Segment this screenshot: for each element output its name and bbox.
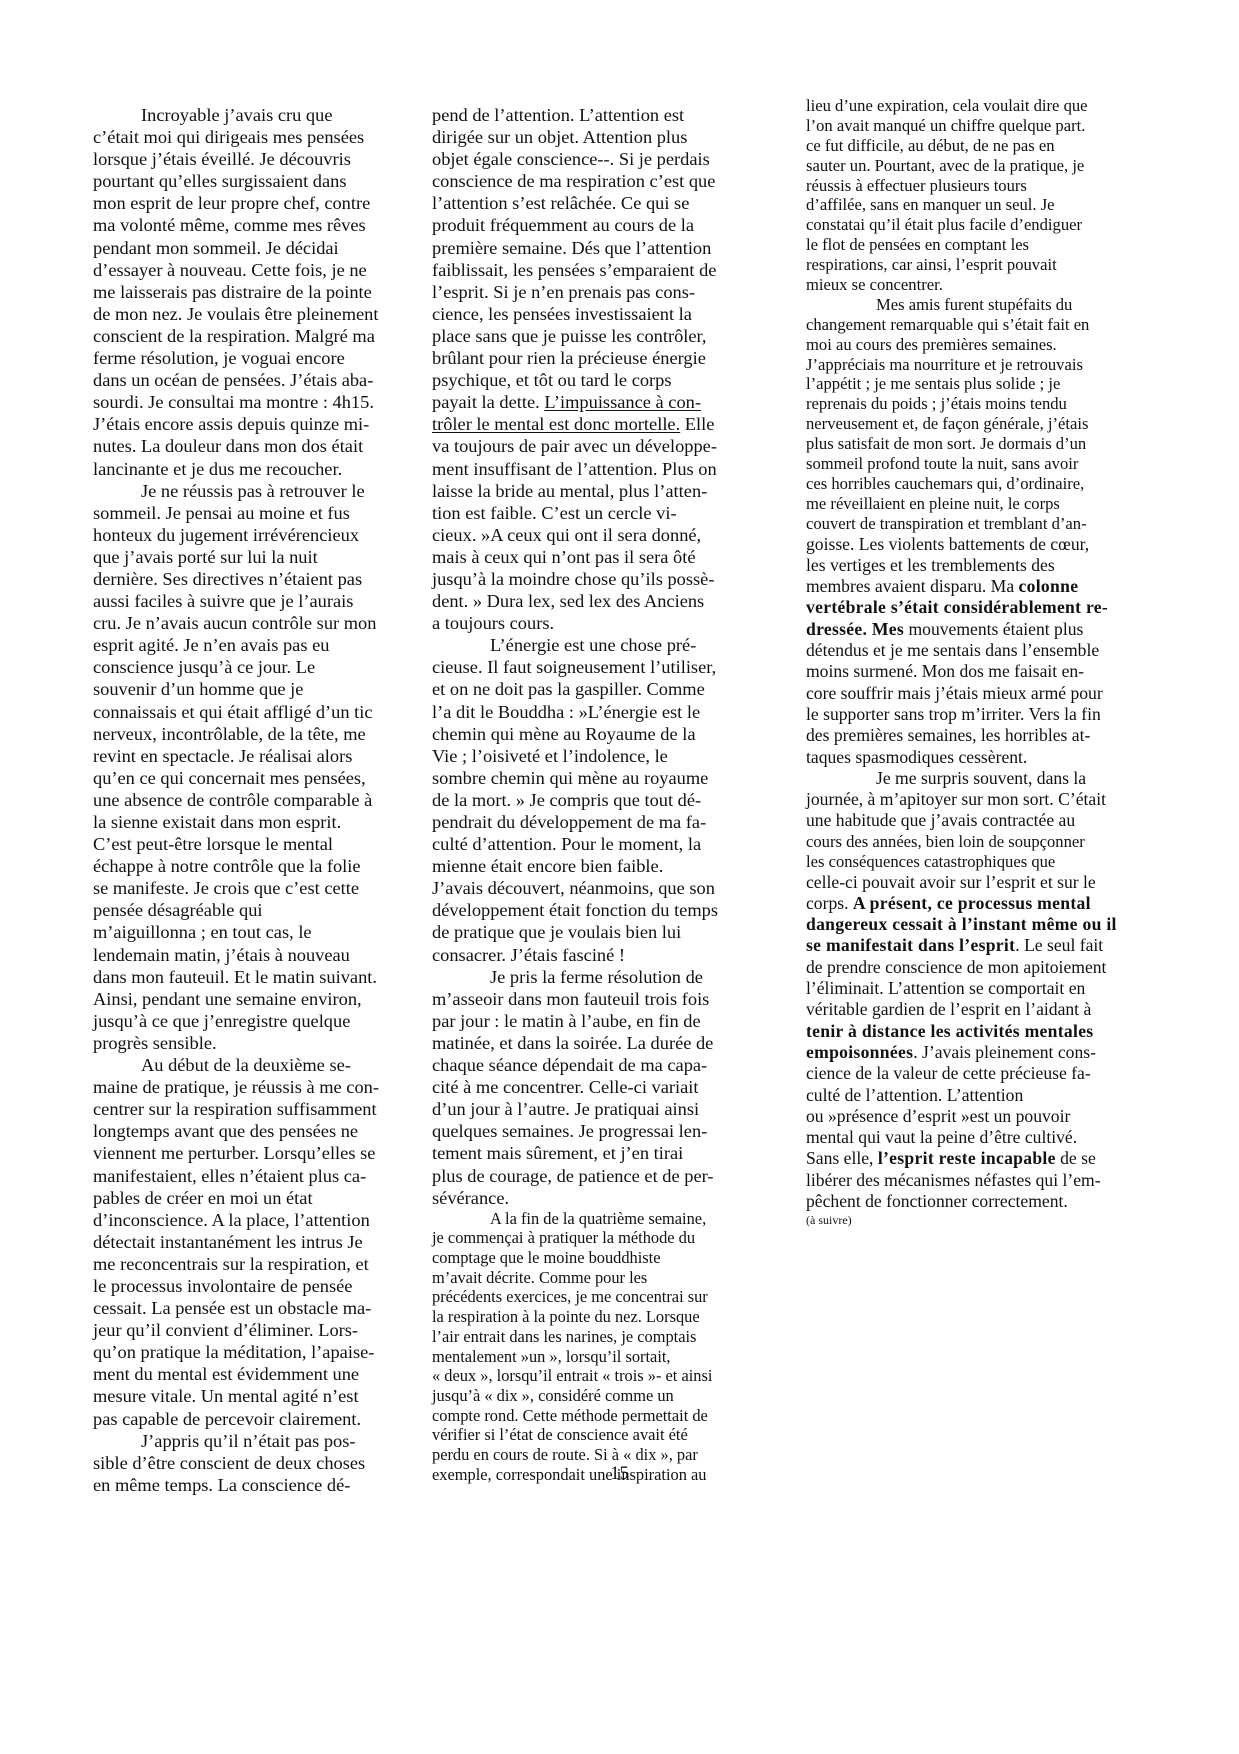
continued-note: (à suivre) [806, 1212, 1162, 1228]
text-line: me reconcentrais sur la respiration, et [93, 1253, 393, 1275]
text-line: changement remarquable qui s’était fait … [806, 315, 1162, 335]
text-line: le supporter sans trop m’irriter. Vers l… [806, 704, 1162, 725]
text-line: cience de la valeur de cette précieuse f… [806, 1063, 1162, 1084]
text-line: culté d’attention. Pour le moment, la [432, 833, 744, 855]
text-line: dent. » Dura lex, sed lex des Anciens [432, 590, 744, 612]
text-line: jusqu’à la moindre chose qu’ils possè- [432, 568, 744, 590]
text-line: précédents exercices, je me concentrai s… [432, 1287, 744, 1307]
text-line: a toujours cours. [432, 612, 744, 634]
text-line: qu’en ce qui concernait mes pensées, [93, 767, 393, 789]
text-line: pables de créer en moi un état [93, 1187, 393, 1209]
text-line: ou »présence d’esprit »est un pouvoir [806, 1106, 1162, 1127]
text-line: d’essayer à nouveau. Cette fois, je ne [93, 259, 393, 281]
text-line: dernière. Ses directives n’étaient pas [93, 568, 393, 590]
text-line: de pratique que je voulais bien lui [432, 921, 744, 943]
text-line: pêchent de fonctionner correctement. [806, 1191, 1162, 1212]
text-line: d’affilée, sans en manquer un seul. Je [806, 195, 1162, 215]
text-line: je commençai à pratiquer la méthode du [432, 1228, 744, 1248]
text-line: vérifier si l’état de conscience avait é… [432, 1425, 744, 1445]
text-line: ment du mental est évidemment une [93, 1363, 393, 1385]
text-line: pensée désagréable qui [93, 899, 393, 921]
text-line: cours des années, bien loin de soupçonne… [806, 832, 1162, 852]
text-line: détendus et je me sentais dans l’ensembl… [806, 640, 1162, 661]
text-line: de la mort. » Je compris que tout dé- [432, 789, 744, 811]
text-line: cieuse. Il faut soigneusement l’utiliser… [432, 656, 744, 678]
text-line: l’appétit ; je me sentais plus solide ; … [806, 374, 1162, 394]
text-line: l’esprit. Si je n’en prenais pas cons- [432, 281, 744, 303]
text-line: souvenir d’un homme que je [93, 678, 393, 700]
text-run: Elle [680, 414, 714, 434]
text-line: maine de pratique, je réussis à me con- [93, 1076, 393, 1098]
text-line: détectait instantanément les intrus Je [93, 1231, 393, 1253]
text-line: qu’on pratique la méditation, l’apaise- [93, 1341, 393, 1363]
text-line: moins surmené. Mon dos me faisait en- [806, 661, 1162, 682]
text-line: celle-ci pouvait avoir sur l’esprit et s… [806, 872, 1162, 893]
text-line: sourdi. Je consultai ma montre : 4h15. [93, 391, 393, 413]
text-line: cité à me concentrer. Celle-ci variait [432, 1076, 744, 1098]
text-line: la respiration à la pointe du nez. Lorsq… [432, 1307, 744, 1327]
text-line: mesure vitale. Un mental agité n’est [93, 1385, 393, 1407]
page-number: 15 [0, 1464, 1239, 1485]
text-line: mienne était encore bien faible. [432, 855, 744, 877]
text-line: pas capable de percevoir clairement. [93, 1408, 393, 1430]
text-column-left: Incroyable j’avais cru que c’était moi q… [93, 104, 393, 1496]
text-line: l’a dit le Bouddha : »L’énergie est le [432, 701, 744, 723]
text-line: moi au cours des premières semaines. [806, 335, 1162, 355]
text-line: honteux du jugement irrévérencieux [93, 524, 393, 546]
text-line: tement mais sûrement, et j’en tirai [432, 1142, 744, 1164]
text-line: sévérance. [432, 1187, 744, 1209]
text-line: centrer sur la respiration suffisamment [93, 1098, 393, 1120]
text-line: goisse. Les violents battements de cœur, [806, 534, 1162, 555]
text-line: Je me surpris souvent, dans la [806, 768, 1162, 789]
text-line: « deux », lorsqu’il entrait « trois »- e… [432, 1366, 744, 1386]
text-line: libérer des mécanismes néfastes qui l’em… [806, 1170, 1162, 1191]
text-line: viennent me perturber. Lorsqu’elles se [93, 1142, 393, 1164]
bold-emphasis: se manifestait dans l’esprit [806, 935, 1015, 955]
text-line: ces horribles cauchemars qui, d’ordinair… [806, 474, 1162, 494]
text-column-middle: pend de l’attention. L’attention est dir… [432, 104, 744, 1484]
text-line: couvert de transpiration et tremblant d’… [806, 514, 1162, 534]
bold-emphasis: l’esprit reste incapable [878, 1148, 1056, 1168]
text-run: Sans elle, [806, 1148, 878, 1168]
text-line: lorsque j’étais éveillé. Je découvris [93, 148, 393, 170]
text-line: Je pris la ferme résolution de [432, 966, 744, 988]
text-line: Incroyable j’avais cru que [93, 104, 393, 126]
text-line: Au début de la deuxième se- [93, 1054, 393, 1076]
text-line: objet égale conscience--. Si je perdais [432, 148, 744, 170]
text-line: consacrer. J’étais fasciné ! [432, 944, 744, 966]
text-line: que j’avais porté sur lui la nuit [93, 546, 393, 568]
text-line: progrès sensible. [93, 1032, 393, 1054]
text-line: Je ne réussis pas à retrouver le [93, 480, 393, 502]
text-line: l’air entrait dans les narines, je compt… [432, 1327, 744, 1347]
text-line: conscient de la respiration. Malgré ma [93, 325, 393, 347]
text-line: pourtant qu’elles surgissaient dans [93, 170, 393, 192]
text-line: nerveusement et, de façon générale, j’ét… [806, 414, 1162, 434]
text-line: lendemain matin, j’étais à nouveau [93, 944, 393, 966]
text-line: nerveux, incontrôlable, de la tête, me [93, 723, 393, 745]
text-line: comptage que le moine bouddhiste [432, 1248, 744, 1268]
bold-emphasis: dressée. Mes [806, 619, 904, 639]
text-line: l’on avait manqué un chiffre quelque par… [806, 116, 1162, 136]
text-line: dressée. Mes mouvements étaient plus [806, 619, 1162, 640]
text-line: tion est faible. C’est un cercle vi- [432, 502, 744, 524]
text-line: plus de courage, de patience et de per- [432, 1165, 744, 1187]
text-line: d’inconscience. A la place, l’attention [93, 1209, 393, 1231]
text-line: par jour : le matin à l’aube, en fin de [432, 1010, 744, 1032]
text-line: une absence de contrôle comparable à [93, 789, 393, 811]
text-line: chemin qui mène au Royaume de la [432, 723, 744, 745]
text-line: échappe à notre contrôle que la folie [93, 855, 393, 877]
text-line: véritable gardien de l’esprit en l’aidan… [806, 999, 1162, 1020]
text-line: se manifeste. Je crois que c’est cette [93, 877, 393, 899]
text-line: me laisserais pas distraire de la pointe [93, 281, 393, 303]
bold-emphasis: A présent, ce processus mental [853, 893, 1091, 913]
text-line: Vie ; l’oisiveté et l’indolence, le [432, 745, 744, 767]
text-line: le processus involontaire de pensée [93, 1275, 393, 1297]
text-line: se manifestait dans l’esprit. Le seul fa… [806, 935, 1162, 956]
text-line: de prendre conscience de mon apitoiement [806, 957, 1162, 978]
text-line: aussi faciles à suivre que je l’aurais [93, 590, 393, 612]
text-line: J’appris qu’il n’était pas pos- [93, 1430, 393, 1452]
text-line: nutes. La douleur dans mon dos était [93, 435, 393, 457]
text-line: d’un jour à l’autre. Je pratiquai ainsi [432, 1098, 744, 1120]
text-line: ce fut difficile, au début, de ne pas en [806, 136, 1162, 156]
text-line: ma volonté même, comme mes rêves [93, 214, 393, 236]
text-run: payait la dette. [432, 392, 544, 412]
text-line: cessait. La pensée est un obstacle ma- [93, 1297, 393, 1319]
text-line: les conséquences catastrophiques que [806, 852, 1162, 872]
text-line: brûlant pour rien la précieuse énergie [432, 347, 744, 369]
text-line: chaque séance dépendait de ma capa- [432, 1054, 744, 1076]
text-line: mentalement »un », lorsqu’il sortait, [432, 1347, 744, 1367]
bold-emphasis: vertébrale s’était considérablement re- [806, 597, 1108, 617]
text-line: dirigée sur un objet. Attention plus [432, 126, 744, 148]
bold-emphasis: tenir à distance les activités mentales [806, 1021, 1093, 1041]
text-run: mouvements étaient plus [904, 619, 1083, 639]
text-run: de se [1056, 1148, 1096, 1168]
text-line: laisse la bride au mental, plus l’atten- [432, 480, 744, 502]
underlined-emphasis: L’impuissance à con- [544, 392, 701, 412]
text-line: J’étais encore assis depuis quinze mi- [93, 413, 393, 435]
text-line: core souffrir mais j’étais mieux armé po… [806, 683, 1162, 704]
text-line: jusqu’à ce que j’enregistre quelque [93, 1010, 393, 1032]
text-line: des premières semaines, les horribles at… [806, 725, 1162, 746]
text-line: psychique, et tôt ou tard le corps [432, 369, 744, 391]
text-line: sommeil profond toute la nuit, sans avoi… [806, 454, 1162, 474]
text-run: . Le seul fait [1015, 935, 1103, 955]
text-line: lieu d’une expiration, cela voulait dire… [806, 96, 1162, 116]
text-line: me réveillaient en pleine nuit, le corps [806, 494, 1162, 514]
text-line: réussis à effectuer plusieurs tours [806, 176, 1162, 196]
text-line: pendrait du développement de ma fa- [432, 811, 744, 833]
text-line: A la fin de la quatrième semaine, [432, 1209, 744, 1229]
bold-emphasis: empoisonnées [806, 1042, 913, 1062]
text-line: va toujours de pair avec un développe- [432, 435, 744, 457]
text-line: matinée, et dans la soirée. La durée de [432, 1032, 744, 1054]
text-line: pend de l’attention. L’attention est [432, 104, 744, 126]
text-line: conscience de ma respiration c’est que [432, 170, 744, 192]
text-line: payait la dette. L’impuissance à con- [432, 391, 744, 413]
text-line: longtemps avant que des pensées ne [93, 1120, 393, 1142]
text-line: perdu en cours de route. Si à « dix », p… [432, 1445, 744, 1465]
text-line: mieux se concentrer. [806, 275, 1162, 295]
text-line: de mon nez. Je voulais être pleinement [93, 303, 393, 325]
text-line: dans un océan de pensées. J’étais aba- [93, 369, 393, 391]
text-line: conscience jusqu’à ce jour. Le [93, 656, 393, 678]
text-line: compte rond. Cette méthode permettait de [432, 1406, 744, 1426]
text-line: cru. Je n’avais aucun contrôle sur mon [93, 612, 393, 634]
text-line: m’asseoir dans mon fauteuil trois fois [432, 988, 744, 1010]
text-line: dangereux cessait à l’instant même ou il [806, 914, 1162, 935]
text-line: vertébrale s’était considérablement re- [806, 597, 1162, 618]
text-line: Sans elle, l’esprit reste incapable de s… [806, 1148, 1162, 1169]
text-line: connaissais et qui était affligé d’un ti… [93, 701, 393, 723]
text-line: jusqu’à « dix », considéré comme un [432, 1386, 744, 1406]
text-line: l’attention s’est relâchée. Ce qui se [432, 192, 744, 214]
text-line: c’était moi qui dirigeais mes pensées [93, 126, 393, 148]
text-line: mon esprit de leur propre chef, contre [93, 192, 393, 214]
text-line: l’éliminait. L’attention se comportait e… [806, 978, 1162, 999]
text-line: sombre chemin qui mène au royaume [432, 767, 744, 789]
text-line: L’énergie est une chose pré- [432, 634, 744, 656]
text-line: manifestaient, elles n’étaient plus ca- [93, 1165, 393, 1187]
text-line: faiblissait, les pensées s’emparaient de [432, 259, 744, 281]
text-line: J’appréciais ma nourriture et je retrouv… [806, 355, 1162, 375]
text-line: dans mon fauteuil. Et le matin suivant. [93, 966, 393, 988]
text-line: tenir à distance les activités mentales [806, 1021, 1162, 1042]
text-column-right: lieu d’une expiration, cela voulait dire… [806, 96, 1162, 1228]
text-line: sauter un. Pourtant, avec de la pratique… [806, 156, 1162, 176]
text-line: la sienne existait dans mon esprit. [93, 811, 393, 833]
text-line: esprit agité. Je n’en avais pas eu [93, 634, 393, 656]
text-line: constatai qu’il était plus facile d’endi… [806, 215, 1162, 235]
text-line: J’avais découvert, néanmoins, que son [432, 877, 744, 899]
text-line: produit fréquemment au cours de la [432, 214, 744, 236]
text-line: m’avait décrite. Comme pour les [432, 1268, 744, 1288]
text-line: mental qui vaut la peine d’être cultivé. [806, 1127, 1162, 1148]
text-line: cieux. »A ceux qui ont il sera donné, [432, 524, 744, 546]
text-run: corps. [806, 893, 853, 913]
bold-emphasis: dangereux cessait à l’instant même ou il [806, 914, 1117, 934]
text-line: jeur qu’il convient d’éliminer. Lors- [93, 1319, 393, 1341]
text-line: ferme résolution, je voguai encore [93, 347, 393, 369]
text-line: sommeil. Je pensai au moine et fus [93, 502, 393, 524]
text-line: respirations, car ainsi, l’esprit pouvai… [806, 255, 1162, 275]
text-line: les vertiges et les tremblements des [806, 555, 1162, 576]
text-line: et on ne doit pas la gaspiller. Comme [432, 678, 744, 700]
text-line: membres avaient disparu. Ma colonne [806, 576, 1162, 597]
text-run: . J’avais pleinement cons- [913, 1042, 1096, 1062]
text-line: trôler le mental est donc mortelle. Elle [432, 413, 744, 435]
text-line: place sans que je puisse les contrôler, [432, 325, 744, 347]
text-line: cience, les pensées investissaient la [432, 303, 744, 325]
text-line: pendant mon sommeil. Je décidai [93, 237, 393, 259]
bold-emphasis: colonne [1019, 576, 1079, 596]
text-line: quelques semaines. Je progressai len- [432, 1120, 744, 1142]
text-line: Mes amis furent stupéfaits du [806, 295, 1162, 315]
text-line: lancinante et je dus me recoucher. [93, 458, 393, 480]
text-line: empoisonnées. J’avais pleinement cons- [806, 1042, 1162, 1063]
text-line: culté de l’attention. L’attention [806, 1085, 1162, 1106]
text-line: le flot de pensées en comptant les [806, 235, 1162, 255]
text-line: ment insuffisant de l’attention. Plus on [432, 458, 744, 480]
underlined-emphasis: trôler le mental est donc mortelle. [432, 414, 680, 434]
text-line: C’est peut-être lorsque le mental [93, 833, 393, 855]
text-line: journée, à m’apitoyer sur mon sort. C’ét… [806, 789, 1162, 810]
text-line: revint en spectacle. Je réalisai alors [93, 745, 393, 767]
text-line: reprenais du poids ; j’étais moins tendu [806, 394, 1162, 414]
text-line: Ainsi, pendant une semaine environ, [93, 988, 393, 1010]
text-run: membres avaient disparu. Ma [806, 576, 1019, 596]
text-line: une habitude que j’avais contractée au [806, 810, 1162, 831]
text-line: plus satisfait de mon sort. Je dormais d… [806, 434, 1162, 454]
text-line: première semaine. Dés que l’attention [432, 237, 744, 259]
text-line: corps. A présent, ce processus mental [806, 893, 1162, 914]
text-line: m’aiguillonna ; en tout cas, le [93, 921, 393, 943]
text-line: mais à ceux qui n’ont pas il sera ôté [432, 546, 744, 568]
text-line: taques spasmodiques cessèrent. [806, 747, 1162, 768]
text-line: développement était fonction du temps [432, 899, 744, 921]
